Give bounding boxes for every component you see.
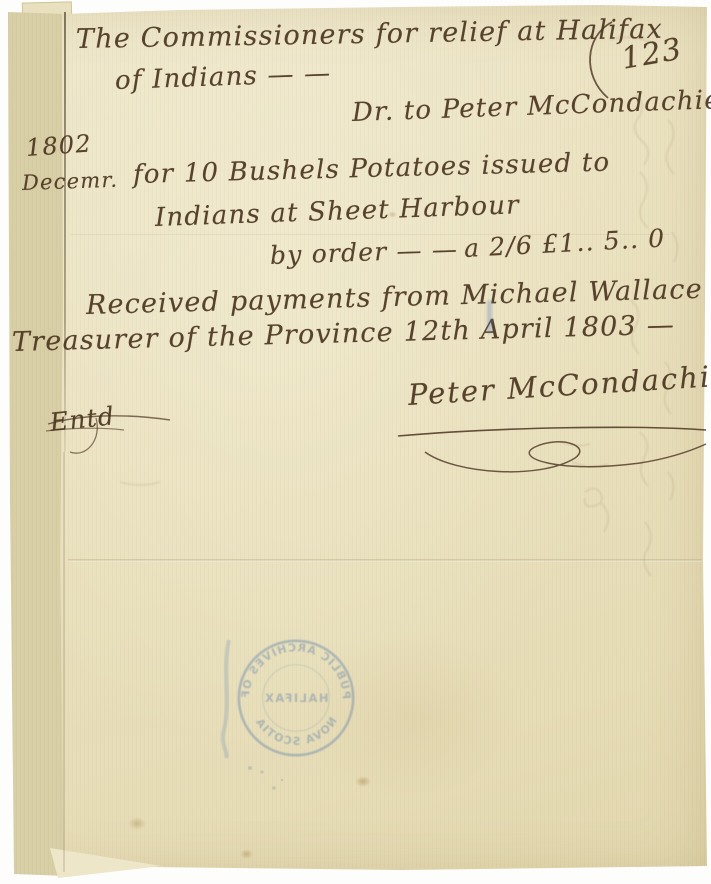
vertical-crease [64, 12, 66, 452]
document-scan: The Commissioners for relief at Halifax … [0, 0, 711, 884]
horizontal-crease [68, 559, 702, 562]
archive-stamp: PUBLIC ARCHIVES OF NOVA SCOTIA HALIFAX [218, 620, 374, 776]
entry-month: Decemr. [22, 168, 119, 195]
vertical-crease-lower [63, 452, 65, 872]
entry-year: 1802 [25, 129, 93, 162]
stamp-center-text: HALIFAX [263, 691, 328, 705]
